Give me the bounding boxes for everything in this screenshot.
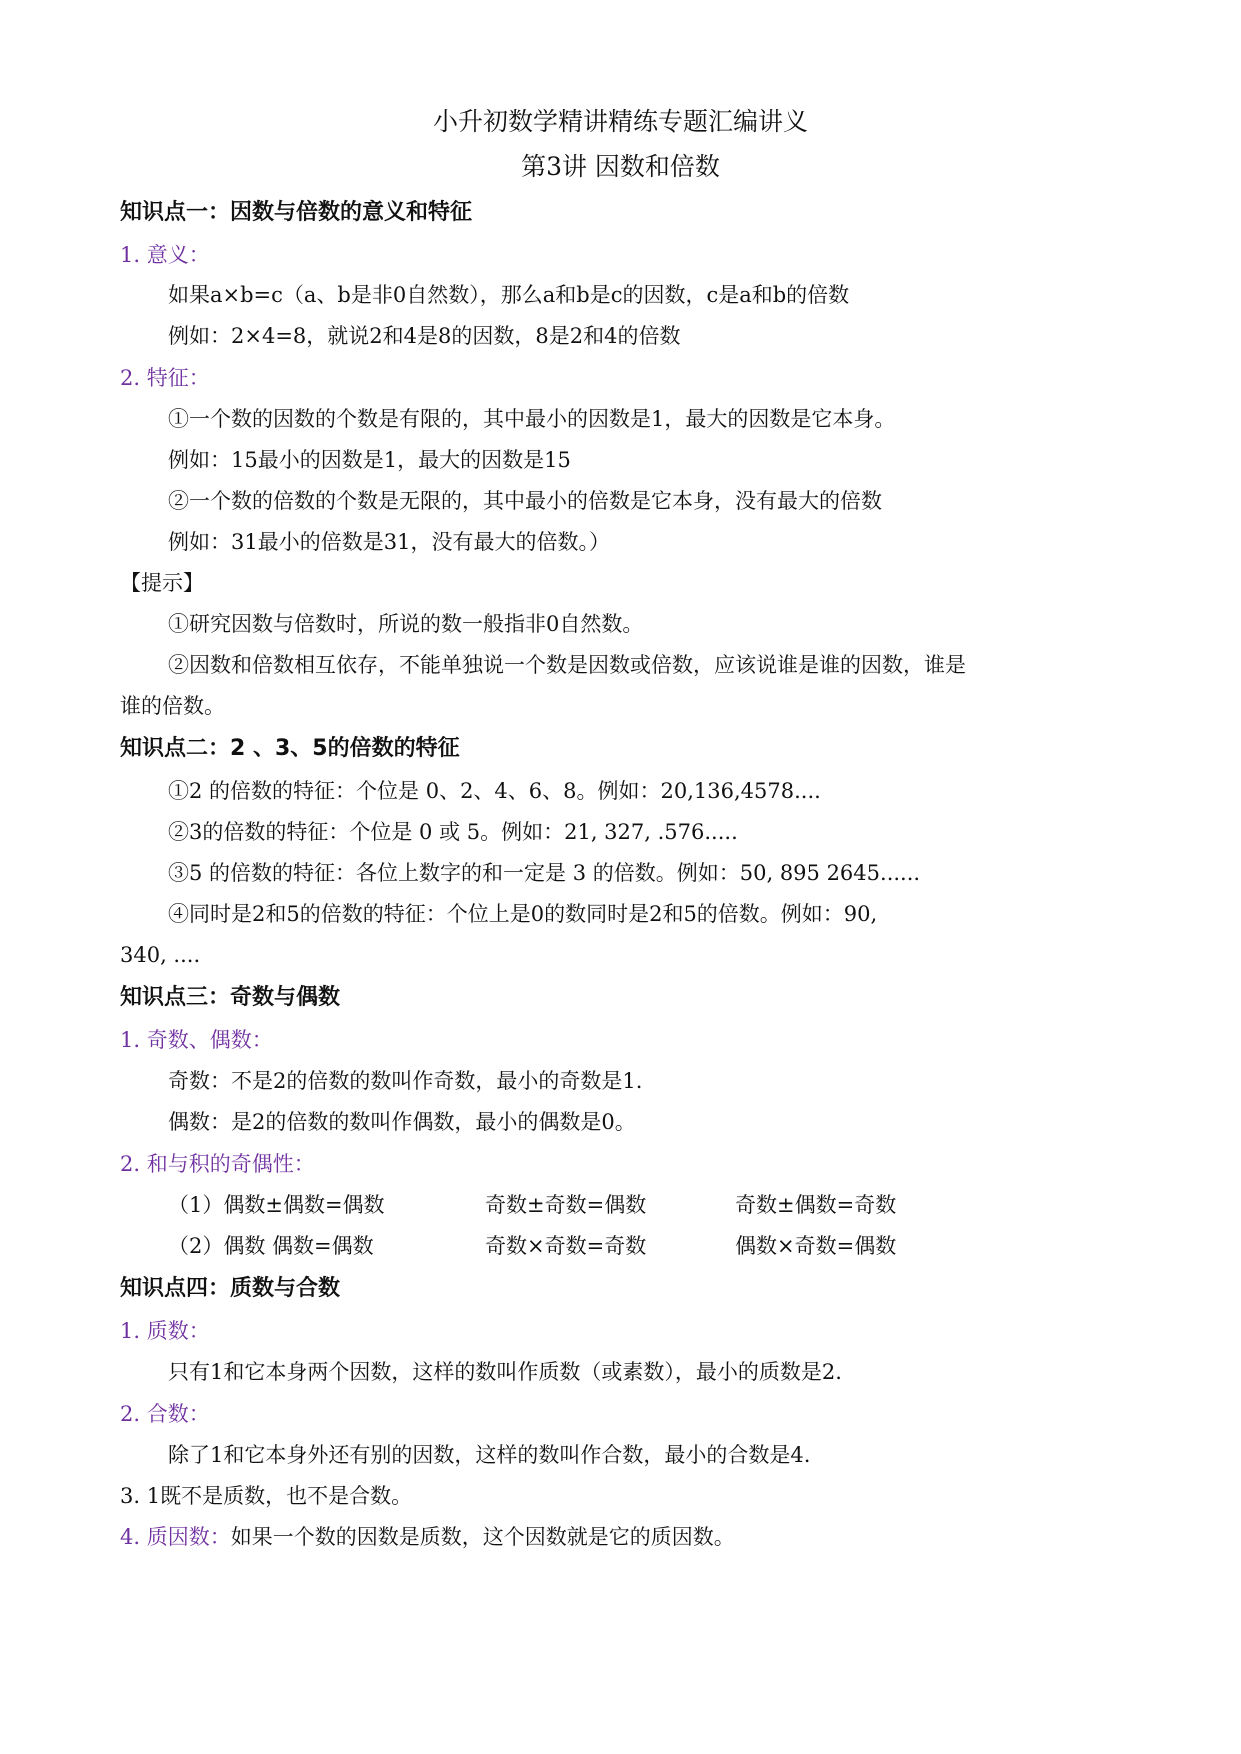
odd-definition: 奇数：不是2的倍数的数叫作奇数，最小的奇数是1. (168, 1066, 642, 1096)
document-title: 小升初数学精讲精练专题汇编讲义 (0, 107, 1241, 137)
feature-factor-example: 例如：15最小的因数是1，最大的因数是15 (168, 445, 571, 475)
parity-product-2: 奇数×奇数=奇数 (485, 1231, 646, 1261)
parity-product-3: 偶数×奇数=偶数 (735, 1231, 896, 1261)
subheading-odd-even: 1. 奇数、偶数： (120, 1025, 273, 1055)
section-heading-1: 知识点一：因数与倍数的意义和特征 (120, 198, 472, 228)
parity-sum-1: （1）偶数±偶数=偶数 (168, 1190, 385, 1220)
composite-definition: 除了1和它本身外还有别的因数，这样的数叫作合数，最小的合数是4. (168, 1440, 810, 1470)
rule-2-and-5-continued: 340, .... (120, 940, 200, 970)
subheading-prime-factor: 4. 质因数： (120, 1525, 231, 1549)
even-definition: 偶数：是2的倍数的数叫作偶数，最小的偶数是0。 (168, 1107, 636, 1137)
prime-factor-definition: 如果一个数的因数是质数，这个因数就是它的质因数。 (231, 1525, 735, 1549)
subheading-prime: 1. 质数： (120, 1316, 210, 1346)
subheading-meaning: 1. 意义： (120, 240, 210, 270)
note-one: 3. 1既不是质数，也不是合数。 (120, 1481, 412, 1511)
subheading-composite: 2. 合数： (120, 1399, 210, 1429)
parity-product-1: （2）偶数 偶数=偶数 (168, 1231, 374, 1261)
rule-2: ①2 的倍数的特征：个位是 0、2、4、6、8。例如：20,136,4578..… (168, 776, 821, 806)
tip-2-continued: 谁的倍数。 (120, 691, 225, 721)
lecture-title: 第3讲 因数和倍数 (0, 152, 1241, 182)
meaning-definition: 如果a×b=c（a、b是非0自然数），那么a和b是c的因数，c是a和b的倍数 (168, 280, 849, 310)
feature-factor: ①一个数的因数的个数是有限的，其中最小的因数是1，最大的因数是它本身。 (168, 404, 895, 434)
subheading-features: 2. 特征： (120, 363, 210, 393)
feature-multiple-example: 例如：31最小的倍数是31，没有最大的倍数。） (168, 527, 610, 557)
tip-label: 【提示】 (120, 568, 204, 598)
section-heading-4: 知识点四：质数与合数 (120, 1274, 340, 1304)
parity-sum-2: 奇数±奇数=偶数 (485, 1190, 646, 1220)
section-heading-2: 知识点二：2 、3、5的倍数的特征 (120, 734, 460, 764)
document-page: 小升初数学精讲精练专题汇编讲义 第3讲 因数和倍数 知识点一：因数与倍数的意义和… (0, 0, 1241, 1754)
rule-5: ③5 的倍数的特征：各位上数字的和一定是 3 的倍数。例如：50, 895 26… (168, 858, 920, 888)
tip-1: ①研究因数与倍数时，所说的数一般指非0自然数。 (168, 609, 643, 639)
rule-3: ②3的倍数的特征：个位是 0 或 5。例如：21, 327, .576..... (168, 817, 738, 847)
prime-factor-line: 4. 质因数：如果一个数的因数是质数，这个因数就是它的质因数。 (120, 1522, 735, 1552)
meaning-example: 例如：2×4=8，就说2和4是8的因数，8是2和4的倍数 (168, 321, 680, 351)
prime-definition: 只有1和它本身两个因数，这样的数叫作质数（或素数），最小的质数是2. (168, 1357, 842, 1387)
subheading-parity: 2. 和与积的奇偶性： (120, 1149, 315, 1179)
feature-multiple: ②一个数的倍数的个数是无限的，其中最小的倍数是它本身，没有最大的倍数 (168, 486, 882, 516)
rule-2-and-5: ④同时是2和5的倍数的特征：个位上是0的数同时是2和5的倍数。例如：90, (168, 899, 877, 929)
tip-2: ②因数和倍数相互依存，不能单独说一个数是因数或倍数，应该说谁是谁的因数，谁是 (168, 650, 966, 680)
parity-sum-3: 奇数±偶数=奇数 (735, 1190, 896, 1220)
section-heading-3: 知识点三：奇数与偶数 (120, 983, 340, 1013)
